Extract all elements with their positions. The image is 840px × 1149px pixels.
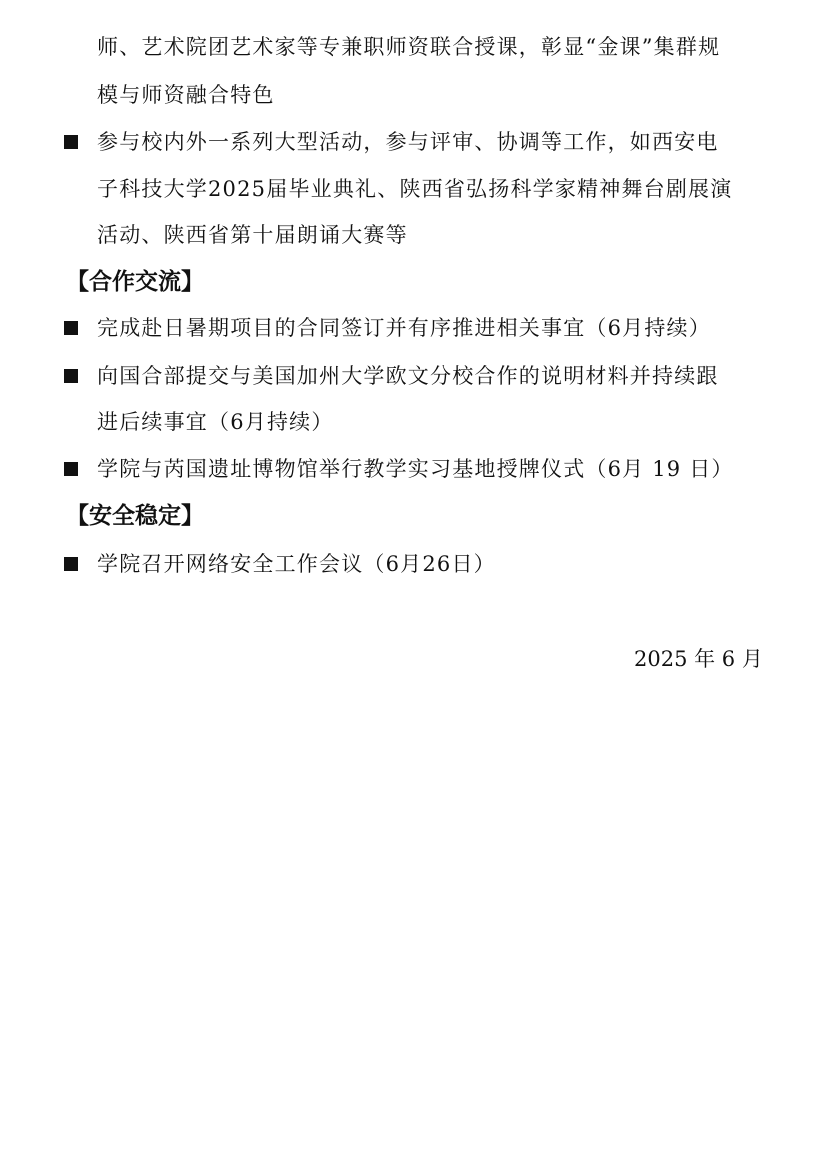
bullet-square-icon	[64, 321, 78, 335]
section-heading-security: 【安全稳定】	[66, 501, 204, 531]
continued-item-line-2: 模与师资融合特色	[97, 80, 275, 110]
continued-item-line-1: 师、艺术院团艺术家等专兼职师资联合授课，彰显“金课”集群规	[97, 32, 720, 62]
cooperation-item-3-line-1: 学院与芮国遗址博物馆举行教学实习基地授牌仪式（6月 19 日）	[97, 454, 734, 484]
bullet-square-icon	[64, 462, 78, 476]
document-date: 2025 年 6 月	[634, 644, 763, 674]
document-page: 师、艺术院团艺术家等专兼职师资联合授课，彰显“金课”集群规 模与师资融合特色 参…	[0, 0, 840, 1149]
bullet-square-icon	[64, 369, 78, 383]
bullet-square-icon	[64, 135, 78, 149]
activities-item-line-2: 子科技大学2025届毕业典礼、陕西省弘扬科学家精神舞台剧展演	[97, 174, 732, 204]
cooperation-item-1-line-1: 完成赴日暑期项目的合同签订并有序推进相关事宜（6月持续）	[97, 313, 711, 343]
activities-item-line-1: 参与校内外一系列大型活动，参与评审、协调等工作，如西安电	[97, 127, 719, 157]
cooperation-item-2-line-2: 进后续事宜（6月持续）	[97, 407, 334, 437]
activities-item-line-3: 活动、陕西省第十届朗诵大赛等	[97, 220, 408, 250]
cooperation-item-2-line-1: 向国合部提交与美国加州大学欧文分校合作的说明材料并持续跟	[97, 361, 719, 391]
bullet-square-icon	[64, 557, 78, 571]
section-heading-cooperation: 【合作交流】	[66, 267, 204, 297]
security-item-1-line-1: 学院召开网络安全工作会议（6月26日）	[97, 549, 496, 579]
